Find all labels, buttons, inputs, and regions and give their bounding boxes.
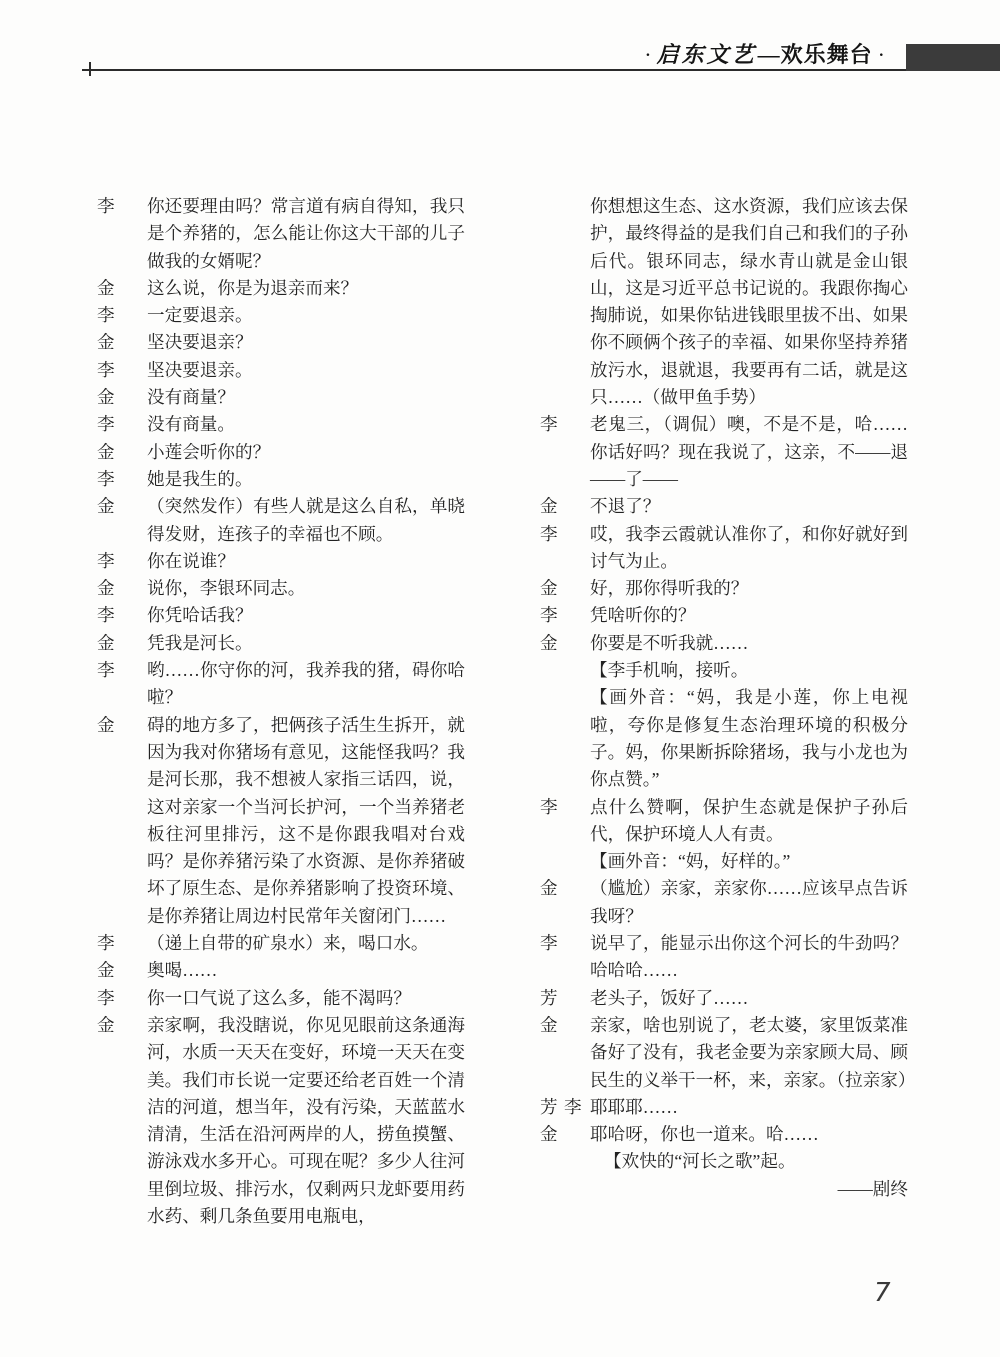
page-number: 7 <box>874 1278 891 1308</box>
dialogue-text: 没有商量。 <box>147 411 465 438</box>
speaker-label: 金 <box>97 329 147 356</box>
dialogue-text: 不退了？ <box>590 493 908 520</box>
speaker-label: 金 <box>97 493 147 548</box>
speaker-label <box>540 1148 590 1175</box>
speaker-label: 金 <box>97 957 147 984</box>
dialogue-line: 芳老头子，饭好了…… <box>540 985 908 1012</box>
dialogue-text: 你一口气说了这么多，能不渴吗？ <box>147 985 465 1012</box>
dialogue-text: 你凭哈话我？ <box>147 602 465 629</box>
dialogue-line: ——剧终 <box>540 1176 908 1203</box>
dialogue-text: 【画外音：“妈，我是小莲，你上电视啦，夸你是修复生态治理环境的积极分子。妈，你果… <box>590 684 908 793</box>
dialogue-text: 这么说，你是为退亲而来？ <box>147 275 465 302</box>
speaker-label: 金 <box>97 575 147 602</box>
speaker-label: 李 <box>540 602 590 629</box>
dialogue-line: 金说你，李银环同志。 <box>97 575 465 602</box>
speaker-label: 李 <box>97 466 147 493</box>
dialogue-line: 金碍的地方多了，把俩孩子活生生拆开，就因为我对你猪场有意见，这能怪我吗？我是河长… <box>97 712 465 930</box>
section-title: 欢乐舞台 <box>781 42 873 67</box>
dialogue-text: 坚决要退亲。 <box>147 357 465 384</box>
dialogue-text: 凭我是河长。 <box>147 630 465 657</box>
speaker-label: 金 <box>540 1121 590 1148</box>
dialogue-line: 你想想这生态、这水资源，我们应该去保护，最终得益的是我们自己和我们的子孙后代。银… <box>540 193 908 411</box>
speaker-label: 芳 李 <box>540 1094 590 1121</box>
speaker-label <box>540 848 590 875</box>
dialogue-line: 金（尴尬）亲家，亲家你……应该早点告诉我呀？ <box>540 875 908 930</box>
speaker-label: 金 <box>540 493 590 520</box>
dialogue-text: 哎，我李云霞就认准你了，和你好就好到讨气为止。 <box>590 521 908 576</box>
speaker-label: 金 <box>540 630 590 657</box>
speaker-label <box>540 1176 590 1203</box>
speaker-label: 金 <box>97 712 147 930</box>
header-accent-block <box>906 44 1000 71</box>
speaker-label: 芳 <box>540 985 590 1012</box>
dialogue-text: 老鬼三，（调侃）噢，不是不是，哈……你话好吗？现在我说了，这亲，不——退——了—… <box>590 411 908 493</box>
speaker-label: 李 <box>97 411 147 438</box>
dialogue-line: 金小莲会听你的？ <box>97 439 465 466</box>
speaker-label: 金 <box>97 275 147 302</box>
dialogue-text: 小莲会听你的？ <box>147 439 465 466</box>
speaker-label: 李 <box>97 985 147 1012</box>
speaker-label: 金 <box>97 1012 147 1230</box>
dialogue-line: 李老鬼三，（调侃）噢，不是不是，哈……你话好吗？现在我说了，这亲，不——退——了… <box>540 411 908 493</box>
speaker-label: 李 <box>540 930 590 985</box>
magazine-title: 启东文艺 <box>657 42 757 67</box>
dialogue-line: 金好，那你得听我的？ <box>540 575 908 602</box>
dialogue-text: 她是我生的。 <box>147 466 465 493</box>
speaker-label: 金 <box>540 875 590 930</box>
speaker-label: 金 <box>540 1012 590 1094</box>
dialogue-line: 【欢快的“河长之歌”起。 <box>540 1148 908 1175</box>
speaker-label: 李 <box>540 794 590 849</box>
dialogue-text: （突然发作）有些人就是这么自私，单晓得发财，连孩子的幸福也不顾。 <box>147 493 465 548</box>
dialogue-line: 李没有商量。 <box>97 411 465 438</box>
page-header-title: ·启东文艺—欢乐舞台· <box>639 40 890 70</box>
dialogue-text: 你想想这生态、这水资源，我们应该去保护，最终得益的是我们自己和我们的子孙后代。银… <box>590 193 908 411</box>
speaker-label: 李 <box>540 521 590 576</box>
dialogue-text: 点什么赞啊，保护生态就是保护子孙后代，保护环境人人有责。 <box>590 794 908 849</box>
dialogue-line: 金奥喝…… <box>97 957 465 984</box>
dialogue-line: 金耶哈呀，你也一道来。哈…… <box>540 1121 908 1148</box>
dialogue-text: 【画外音：“妈，好样的。” <box>590 848 908 875</box>
dialogue-line: 李一定要退亲。 <box>97 302 465 329</box>
speaker-label: 李 <box>540 411 590 493</box>
dialogue-line: 金不退了？ <box>540 493 908 520</box>
dialogue-line: 金你要是不听我就…… <box>540 630 908 657</box>
speaker-label: 李 <box>97 657 147 712</box>
dialogue-text: 你在说谁？ <box>147 548 465 575</box>
dialogue-line: 李坚决要退亲。 <box>97 357 465 384</box>
dialogue-text: 【欢快的“河长之歌”起。 <box>590 1148 908 1175</box>
dialogue-text: 奥喝…… <box>147 957 465 984</box>
dialogue-line: 李凭啥听你的？ <box>540 602 908 629</box>
header-rule-tick <box>89 62 91 76</box>
speaker-label: 李 <box>97 602 147 629</box>
dialogue-text: 好，那你得听我的？ <box>590 575 908 602</box>
dialogue-line: 金（突然发作）有些人就是这么自私，单晓得发财，连孩子的幸福也不顾。 <box>97 493 465 548</box>
dialogue-text: 耶哈呀，你也一道来。哈…… <box>590 1121 908 1148</box>
dialogue-line: 李你还要理由吗？常言道有病自得知，我只是个养猪的，怎么能让你这大干部的儿子做我的… <box>97 193 465 275</box>
speaker-label: 李 <box>97 930 147 957</box>
speaker-label <box>540 657 590 684</box>
dialogue-text: 坚决要退亲？ <box>147 329 465 356</box>
script-column-right: 你想想这生态、这水资源，我们应该去保护，最终得益的是我们自己和我们的子孙后代。银… <box>540 193 908 1203</box>
dialogue-text: 说早了，能显示出你这个河长的牛劲吗？哈哈哈…… <box>590 930 908 985</box>
dialogue-line: 金没有商量？ <box>97 384 465 411</box>
dialogue-text: 碍的地方多了，把俩孩子活生生拆开，就因为我对你猪场有意见，这能怪我吗？我是河长那… <box>147 712 465 930</box>
dialogue-text: 亲家，啥也别说了，老太婆，家里饭菜准备好了没有，我老金要为亲家顾大局、顾民生的义… <box>590 1012 908 1094</box>
speaker-label <box>540 684 590 793</box>
dialogue-line: 芳 李耶耶耶…… <box>540 1094 908 1121</box>
dialogue-text: ——剧终 <box>590 1176 908 1203</box>
dialogue-line: 【李手机响，接听。 <box>540 657 908 684</box>
dialogue-line: 金亲家啊，我没瞎说，你见见眼前这条通海河，水质一天天在变好，环境一天天在变美。我… <box>97 1012 465 1230</box>
dialogue-line: 李点什么赞啊，保护生态就是保护子孙后代，保护环境人人有责。 <box>540 794 908 849</box>
speaker-label: 金 <box>97 384 147 411</box>
speaker-label: 金 <box>540 575 590 602</box>
dialogue-text: 【李手机响，接听。 <box>590 657 908 684</box>
dialogue-line: 金这么说，你是为退亲而来？ <box>97 275 465 302</box>
header-left-dot: · <box>639 47 656 64</box>
header-right-dot: · <box>873 47 890 64</box>
dialogue-line: 【画外音：“妈，我是小莲，你上电视啦，夸你是修复生态治理环境的积极分子。妈，你果… <box>540 684 908 793</box>
dialogue-text: 说你，李银环同志。 <box>147 575 465 602</box>
dialogue-line: 李（递上自带的矿泉水）来，喝口水。 <box>97 930 465 957</box>
script-column-left: 李你还要理由吗？常言道有病自得知，我只是个养猪的，怎么能让你这大干部的儿子做我的… <box>97 193 465 1230</box>
dialogue-text: 你要是不听我就…… <box>590 630 908 657</box>
dialogue-line: 李说早了，能显示出你这个河长的牛劲吗？哈哈哈…… <box>540 930 908 985</box>
dialogue-line: 李她是我生的。 <box>97 466 465 493</box>
dialogue-line: 金凭我是河长。 <box>97 630 465 657</box>
speaker-label: 李 <box>97 357 147 384</box>
dialogue-line: 金亲家，啥也别说了，老太婆，家里饭菜准备好了没有，我老金要为亲家顾大局、顾民生的… <box>540 1012 908 1094</box>
header-separator-dash: — <box>757 42 781 67</box>
dialogue-text: 亲家啊，我没瞎说，你见见眼前这条通海河，水质一天天在变好，环境一天天在变美。我们… <box>147 1012 465 1230</box>
dialogue-text: （递上自带的矿泉水）来，喝口水。 <box>147 930 465 957</box>
dialogue-text: 你还要理由吗？常言道有病自得知，我只是个养猪的，怎么能让你这大干部的儿子做我的女… <box>147 193 465 275</box>
dialogue-text: 哟……你守你的河，我养我的猪，碍你哈啦？ <box>147 657 465 712</box>
header-rule-line <box>82 69 906 71</box>
speaker-label: 李 <box>97 302 147 329</box>
dialogue-line: 李你凭哈话我？ <box>97 602 465 629</box>
speaker-label: 李 <box>97 193 147 275</box>
dialogue-text: 老头子，饭好了…… <box>590 985 908 1012</box>
dialogue-line: 李你一口气说了这么多，能不渴吗？ <box>97 985 465 1012</box>
dialogue-text: 凭啥听你的？ <box>590 602 908 629</box>
magazine-page: ·启东文艺—欢乐舞台· 李你还要理由吗？常言道有病自得知，我只是个养猪的，怎么能… <box>0 0 1000 1357</box>
dialogue-text: 没有商量？ <box>147 384 465 411</box>
dialogue-line: 【画外音：“妈，好样的。” <box>540 848 908 875</box>
dialogue-line: 李哟……你守你的河，我养我的猪，碍你哈啦？ <box>97 657 465 712</box>
dialogue-text: 一定要退亲。 <box>147 302 465 329</box>
speaker-label <box>540 193 590 411</box>
speaker-label: 金 <box>97 630 147 657</box>
dialogue-line: 李你在说谁？ <box>97 548 465 575</box>
dialogue-text: （尴尬）亲家，亲家你……应该早点告诉我呀？ <box>590 875 908 930</box>
dialogue-line: 李哎，我李云霞就认准你了，和你好就好到讨气为止。 <box>540 521 908 576</box>
dialogue-text: 耶耶耶…… <box>590 1094 908 1121</box>
speaker-label: 金 <box>97 439 147 466</box>
speaker-label: 李 <box>97 548 147 575</box>
dialogue-line: 金坚决要退亲？ <box>97 329 465 356</box>
